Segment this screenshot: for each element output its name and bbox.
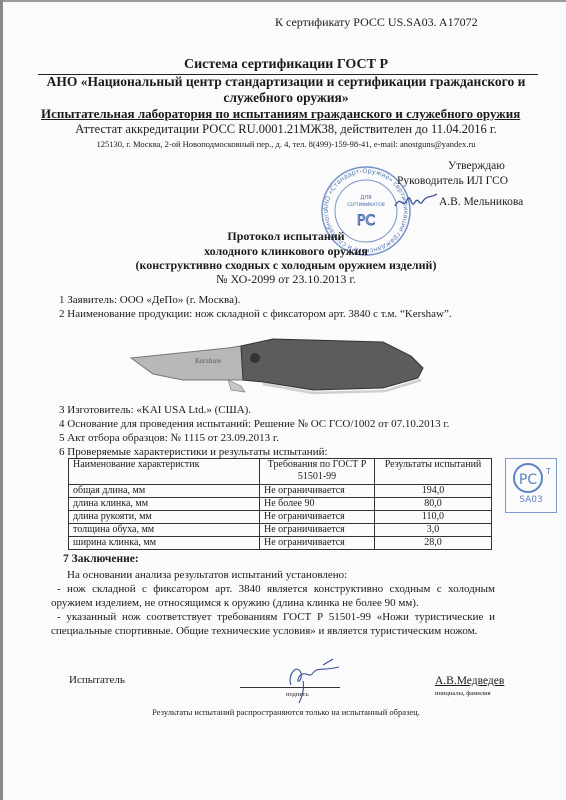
scan-edge — [3, 0, 566, 2]
svg-text:СЕРТИФИКАТОВ: СЕРТИФИКАТОВ — [347, 202, 385, 208]
item-basis: 4 Основание для проведения испытаний: Ре… — [59, 418, 449, 430]
document-page: К сертификату РОСС US.SA03. A17072 Систе… — [0, 0, 566, 800]
knife-photo: Kershaw — [123, 330, 443, 400]
item-sampling: 5 Акт отбора образцов: № 1115 от 23.09.2… — [59, 432, 279, 444]
svg-text:ДЛЯ: ДЛЯ — [360, 195, 371, 201]
header-characteristic: Наименование характеристик — [69, 459, 260, 485]
protocol-number: № ХО-2099 от 23.10.2013 г. — [3, 272, 566, 287]
results-table: Наименование характеристик Требования по… — [68, 458, 492, 550]
table-row: ширина клинка, мм Не ограничивается 28,0 — [69, 537, 492, 550]
tester-label: Испытатель — [69, 674, 125, 686]
svg-text:PC: PC — [519, 472, 537, 488]
item-applicant: 1 Заявитель: ООО «ДеПо» (г. Москва). — [59, 294, 240, 306]
certificate-reference: К сертификату РОСС US.SA03. A17072 — [275, 15, 478, 30]
approve-label: Утверждаю — [448, 160, 505, 172]
table-row: длина рукояти, мм Не ограничивается 110,… — [69, 511, 492, 524]
item-manufacturer: 3 Изготовитель: «KAI USA Ltd.» (США). — [59, 404, 251, 416]
accreditation: Аттестат аккредитации РОСС RU.0001.21МЖ3… — [3, 122, 566, 137]
svg-text:T: T — [545, 467, 551, 476]
approver-signature-icon — [393, 192, 439, 212]
table-row: длина клинка, мм Не более 90 80,0 — [69, 498, 492, 511]
conclusion-title: 7 Заключение: — [63, 553, 139, 565]
header-result: Результаты испытаний — [375, 459, 492, 485]
conclusion-intro: На основании анализа результатов испытан… — [51, 568, 495, 582]
svg-text:Kershaw: Kershaw — [195, 358, 222, 365]
conclusion-point-1: - нож складной с фиксатором арт. 3840 яв… — [51, 582, 495, 610]
footer-note: Результаты испытаний распространяются то… — [3, 707, 566, 717]
protocol-subtitle-2: (конструктивно сходных с холодным оружие… — [3, 258, 566, 273]
table-row: общая длина, мм Не ограничивается 194,0 — [69, 485, 492, 498]
header-requirement: Требования по ГОСТ Р 51501-99 — [260, 459, 375, 485]
gost-conformity-mark-icon: PC T SA03 — [505, 458, 557, 513]
item-product: 2 Наименование продукции: нож складной с… — [59, 308, 452, 320]
item-checked: 6 Проверяемые характеристики и результат… — [59, 446, 328, 458]
protocol-title: Протокол испытаний — [3, 229, 566, 244]
approver-name: А.В. Мельникова — [439, 196, 523, 208]
svg-text:PC: PC — [357, 213, 375, 229]
protocol-subtitle: холодного клинкового оружия — [3, 244, 566, 259]
signature-caption: подпись — [286, 691, 309, 698]
laboratory-name: Испытательная лаборатория по испытаниям … — [41, 106, 520, 122]
organization-name: АНО «Национальный центр стандартизации и… — [3, 74, 566, 106]
system-title: Система сертификации ГОСТ Р — [3, 57, 566, 73]
address-contact: 125130, г. Москва, 2-ой Новоподмосковный… — [3, 139, 566, 149]
gost-mark-code: SA03 — [506, 495, 556, 505]
tester-name: А.В.Медведев — [435, 675, 504, 687]
table-header-row: Наименование характеристик Требования по… — [69, 459, 492, 485]
approver-position: Руководитель ИЛ ГСО — [397, 175, 508, 187]
table-row: толщина обуха, мм Не ограничивается 3,0 — [69, 524, 492, 537]
tester-name-caption: инициалы, фамилия — [435, 690, 491, 697]
conclusion-point-2: - указанный нож соответствует требования… — [51, 610, 495, 638]
